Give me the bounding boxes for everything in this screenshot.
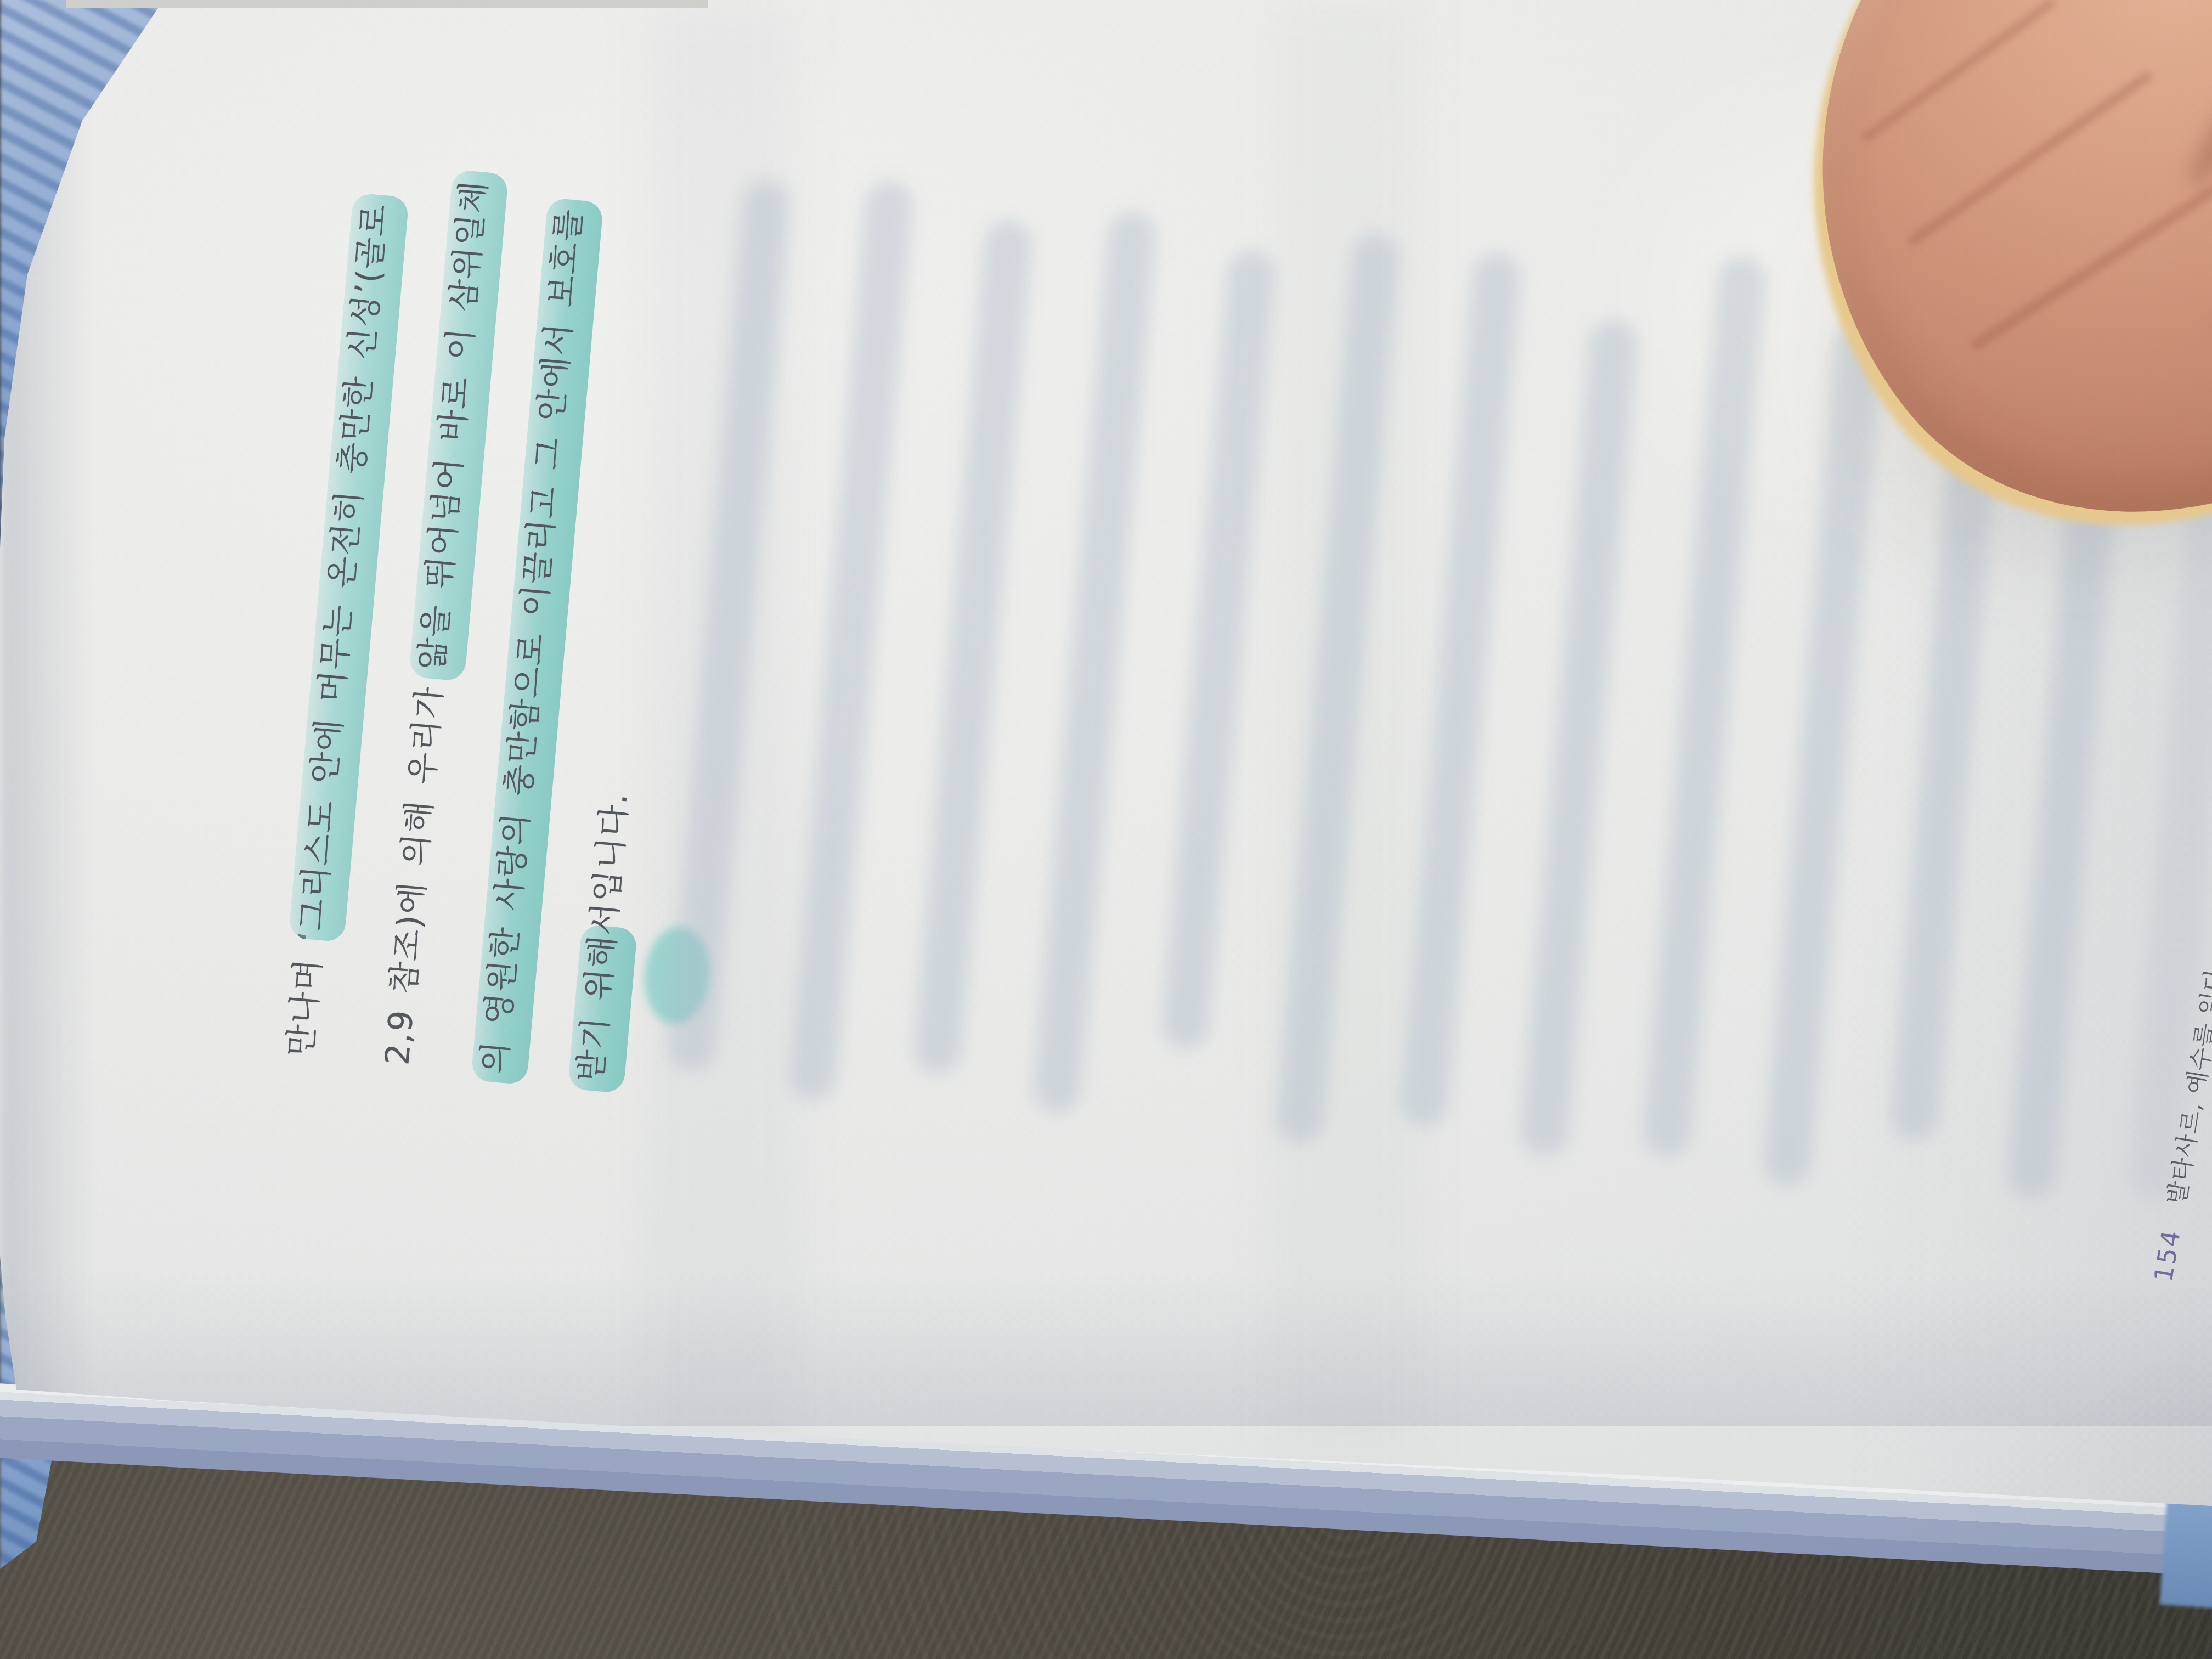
photo-scene: 만나며 ‘그리스도 안에 머무는 온전히 충만한 신성’(골로 2,9 참조)에… — [0, 0, 2212, 1659]
line-plain-text: 만나며 ‘ — [281, 929, 331, 1058]
line-plain-text: 서입니다. — [584, 791, 635, 936]
highlighted-text: 받기 위해 — [567, 924, 637, 1094]
page-behind-edge — [66, 0, 708, 8]
page-number: 154 — [2148, 1227, 2186, 1284]
page-bottom-shadow — [0, 1273, 2212, 1426]
line-plain-text: 2,9 참조)에 의해 우리가 — [378, 668, 451, 1066]
